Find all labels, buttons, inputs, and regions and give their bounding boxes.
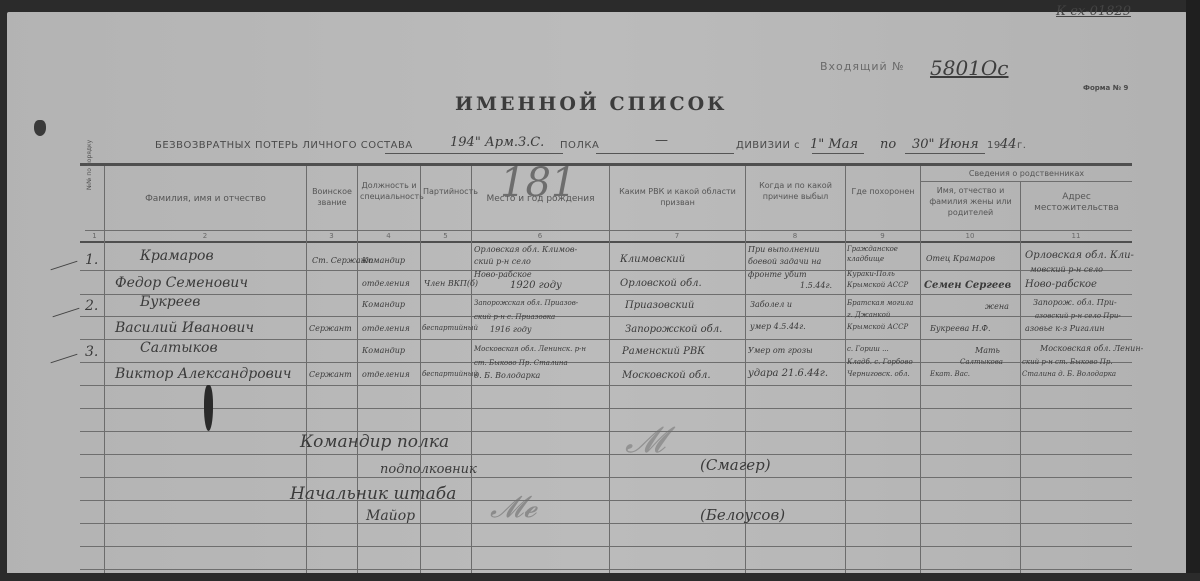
- row-3-position-1: Командир: [362, 346, 405, 355]
- header-col-2: Фамилия, имя и отчество: [108, 194, 303, 205]
- row-rule: [80, 431, 1132, 432]
- row-3-birth-2: ст. Быково Пр. Сталина: [474, 359, 568, 367]
- row-2-buried-1: Братская могила: [847, 299, 913, 307]
- row-3-buried-3: Черниговск. обл.: [847, 370, 910, 378]
- row-1-address-3: Ново-рабское: [1025, 279, 1097, 290]
- row-2-address-2: азовский р-н село При-: [1035, 312, 1121, 320]
- year-prefix: 19: [987, 140, 1001, 151]
- row-rule: [80, 569, 1132, 570]
- row-2-rank: Сержант: [309, 324, 352, 333]
- header-bottom-rule: [80, 241, 1132, 243]
- col-number: 2: [104, 232, 306, 240]
- row-1-buried-2: кладбище: [847, 255, 884, 263]
- chief-title: Начальник штаба: [290, 484, 456, 504]
- row-1-when-4: 1.5.44г.: [800, 281, 832, 290]
- col-number: 3: [306, 232, 357, 240]
- header-col-5: Партийность: [423, 186, 469, 197]
- row-1-address-2: мовский р-н село: [1030, 265, 1103, 274]
- col-number: 8: [745, 232, 845, 240]
- date-from-value: 1" Мая: [810, 137, 858, 152]
- pencil-mark: 181: [500, 160, 576, 206]
- punch-hole: [34, 120, 46, 136]
- row-1-buried-3: Кураки-Поль: [847, 270, 895, 278]
- row-2-number: 2.: [85, 298, 98, 314]
- subtitle-part3: ДИВИЗИИ с: [736, 140, 800, 151]
- year-value: 44: [1000, 137, 1017, 152]
- row-1-relative-1: Отец Крамаров: [926, 254, 995, 263]
- row-1-birth-2: ский р-н село: [474, 257, 531, 266]
- col-number: 11: [1020, 232, 1132, 240]
- row-2-address-3: азовье к-з Ригалин: [1025, 324, 1105, 333]
- row-3-address-1: Московская обл. Ленин-: [1040, 344, 1143, 353]
- header-col-3: Воинское звание: [309, 186, 355, 208]
- row-rule: [80, 339, 1132, 340]
- row-3-birth-1: Московская обл. Ленинск. р-н: [474, 345, 586, 353]
- row-1-when-1: При выполнении: [748, 245, 820, 254]
- row-2-rvk-2: Запорожской обл.: [625, 324, 722, 335]
- row-3-rvk-1: Раменский РВК: [622, 346, 705, 357]
- header-col-9: Где похоронен: [848, 186, 918, 197]
- row-3-rvk-2: Московской обл.: [622, 370, 711, 381]
- subtitle-part1: БЕЗВОЗВРАТНЫХ ПОТЕРЬ ЛИЧНОГО СОСТАВА: [155, 140, 413, 151]
- col-number: 10: [920, 232, 1020, 240]
- row-2-address-1: Запорож. обл. При-: [1033, 298, 1117, 307]
- header-col-1: №№ по порядку: [86, 140, 93, 190]
- archive-reference: К ех-01829: [1056, 4, 1131, 19]
- col-divider: [104, 166, 105, 576]
- chief-rank: Майор: [366, 508, 415, 524]
- row-3-buried-1: с. Гориш ...: [847, 345, 889, 353]
- unit-value: 194" Арм.З.С.: [450, 135, 544, 150]
- row-1-position-2: отделения: [362, 279, 410, 288]
- row-1-birth-4: 1920 году: [510, 280, 562, 291]
- relatives-rule: [920, 181, 1132, 182]
- year-end: г.: [1017, 140, 1026, 151]
- page-title: ИМЕННОЙ СПИСОК: [455, 93, 727, 115]
- row-2-surname: Букреев: [140, 294, 200, 310]
- commander-rank: подполковник: [380, 462, 477, 477]
- regiment-fill-line: [596, 153, 734, 154]
- row-3-when-1: Умер от грозы: [748, 346, 813, 355]
- row-1-surname: Крамаров: [140, 248, 214, 264]
- col-divider: [845, 166, 846, 576]
- form-number: Форма № 9: [1083, 84, 1128, 92]
- row-3-name: Виктор Александрович: [115, 366, 292, 382]
- subtitle-part4: по: [880, 137, 896, 152]
- row-1-buried-1: Гражданское: [847, 245, 898, 253]
- row-2-relative-1: жена: [985, 302, 1009, 311]
- row-2-position-2: отделения: [362, 324, 410, 333]
- row-3-birth-3: д. Б. Володарка: [474, 371, 540, 380]
- header-col-10: Имя, отчество и фамилия жены или родител…: [923, 185, 1018, 218]
- row-2-birth-3: 1916 году: [490, 325, 531, 334]
- row-2-buried-3: Крымской АССР: [847, 323, 908, 331]
- row-1-name: Федор Семенович: [115, 275, 248, 291]
- row-3-surname: Салтыков: [140, 340, 218, 356]
- row-1-birth-3: Ново-рабское: [474, 270, 532, 279]
- row-2-when-2: умер 4.5.44г.: [750, 322, 806, 331]
- table-top-rule: [80, 163, 1132, 166]
- chief-name: (Белоусов): [700, 506, 785, 524]
- row-2-party: беспартийный: [422, 324, 478, 332]
- row-1-number: 1.: [85, 252, 98, 268]
- row-rule: [80, 477, 1132, 478]
- row-1-position-1: Командир: [362, 256, 405, 265]
- row-3-relative-3: Екат. Вас.: [930, 370, 970, 378]
- subtitle-part2: ПОЛКА: [560, 140, 599, 151]
- row-3-when-2: удара 21.6.44г.: [748, 368, 828, 379]
- date-to-fill-line: [905, 153, 985, 154]
- row-3-relative-2: Салтыкова: [960, 358, 1003, 366]
- row-1-party: Член ВКП(б): [424, 279, 478, 288]
- chief-signature-scribble: 𝓜𝓮: [490, 490, 537, 525]
- header-col-4: Должность и специальность: [360, 180, 418, 202]
- stamp-number: 5801Ос: [930, 56, 1009, 80]
- col-number: 6: [471, 232, 609, 240]
- row-2-birth-2: ский р-н с. Приазовка: [474, 313, 555, 321]
- row-2-when-1: Заболел и: [750, 300, 792, 309]
- row-1-rvk-2: Орловской обл.: [620, 278, 702, 289]
- row-rule: [80, 385, 1132, 386]
- row-rule: [80, 408, 1132, 409]
- row-1-when-2: боевой задачи на: [748, 257, 821, 266]
- unit-fill-line: [385, 153, 563, 154]
- scan-border: [1186, 0, 1200, 581]
- row-rule: [80, 294, 1132, 295]
- row-rule: [80, 316, 1132, 317]
- col-divider: [920, 166, 921, 576]
- col-divider: [1020, 182, 1021, 576]
- torn-edge: [0, 573, 1200, 581]
- row-rule: [80, 454, 1132, 455]
- row-2-name: Василий Иванович: [115, 320, 254, 336]
- row-1-when-3: фронте убит: [748, 270, 807, 279]
- commander-name: (Смагер): [700, 456, 771, 474]
- row-1-buried-4: Крымской АССР: [847, 281, 908, 289]
- regiment-value: —: [655, 133, 668, 148]
- row-3-position-2: отделения: [362, 370, 410, 379]
- col-number: 5: [420, 232, 471, 240]
- row-3-buried-2: Кладб. с. Горбово: [847, 358, 913, 366]
- col-number: 7: [609, 232, 745, 240]
- row-rule: [80, 500, 1132, 501]
- commander-signature-scribble: 𝓜: [625, 420, 665, 462]
- row-rule: [80, 270, 1132, 271]
- row-2-buried-2: г. Джанкой: [847, 311, 890, 319]
- row-2-rvk-1: Приазовский: [625, 300, 694, 311]
- date-from-fill-line: [812, 153, 864, 154]
- row-3-party: беспартийный: [422, 370, 478, 378]
- row-1-rvk-1: Климовский: [620, 254, 685, 265]
- row-2-birth-1: Запорожская обл. Приазов-: [474, 299, 578, 307]
- row-rule: [80, 523, 1132, 524]
- col-divider: [420, 166, 421, 576]
- row-3-address-3: Сталина д. Б. Володарка: [1022, 370, 1116, 378]
- ink-blot: [204, 385, 213, 431]
- col-divider: [306, 166, 307, 576]
- row-3-address-2: ский р-н ст. Быково Пр.: [1022, 358, 1113, 366]
- row-2-relative-2: Букреева Н.Ф.: [930, 324, 991, 333]
- date-to-value: 30" Июня: [912, 137, 979, 152]
- col-divider: [357, 166, 358, 576]
- header-col-8: Когда и по какой причине выбыл: [748, 180, 843, 202]
- header-col-7: Каким РВК и какой области призван: [612, 186, 743, 208]
- row-1-address-1: Орловская обл. Кли-: [1025, 250, 1134, 261]
- row-1-birth-1: Орловская обл. Климов-: [474, 245, 577, 254]
- row-1-relative-2: Семен Сергеев: [924, 280, 1011, 291]
- col-number: 1: [85, 232, 104, 240]
- row-2-position-1: Командир: [362, 300, 405, 309]
- row-3-relative-1: Мать: [975, 346, 1000, 355]
- col-number: 9: [845, 232, 920, 240]
- incoming-stamp: Входящий №: [820, 60, 905, 73]
- header-relatives: Сведения о родственниках: [923, 168, 1130, 179]
- row-rule: [80, 546, 1132, 547]
- col-divider: [609, 166, 610, 576]
- col-number: 4: [357, 232, 420, 240]
- commander-title: Командир полка: [300, 432, 449, 452]
- row-3-number: 3.: [85, 344, 98, 360]
- row-3-rank: Сержант: [309, 370, 352, 379]
- header-col-11: Адрес местожительства: [1023, 192, 1130, 214]
